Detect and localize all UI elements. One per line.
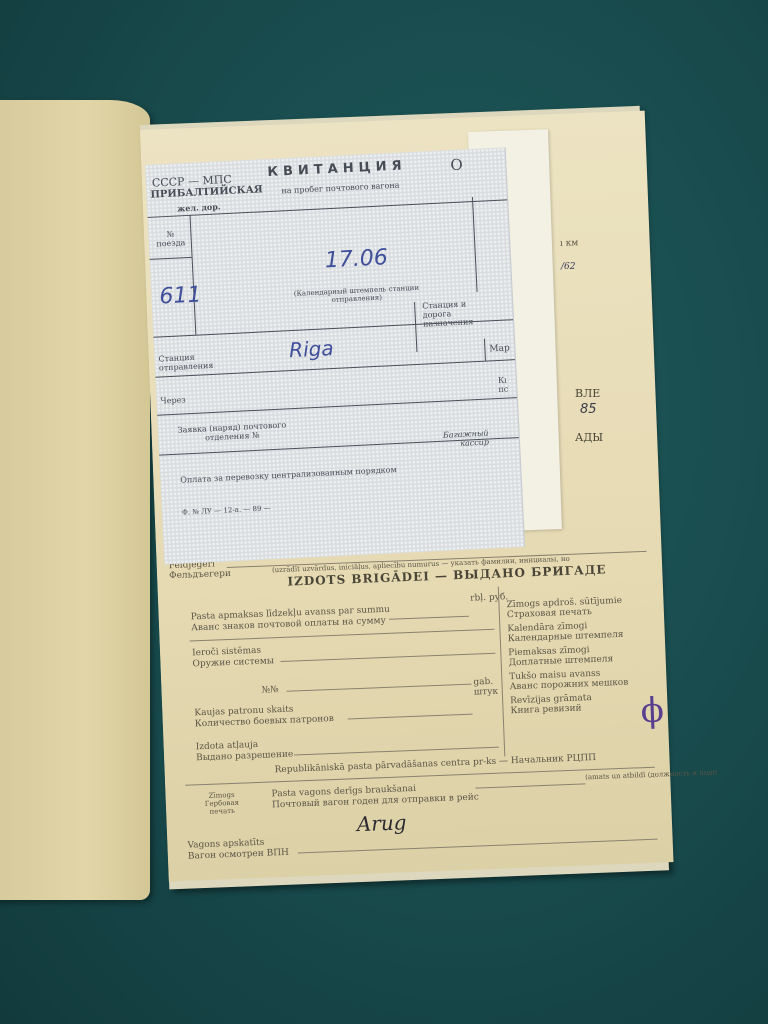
car-fit-line[interactable] <box>475 783 585 788</box>
train-no-label: № поезда <box>152 229 189 249</box>
field-numbers: №№ gab. штук <box>140 111 645 130</box>
corner-mark: О <box>450 155 463 174</box>
field-cartridges: Kaujas patronu skaits Количество боевых … <box>140 111 645 130</box>
via-label: Через <box>160 395 186 405</box>
right-item-ru: Книга ревизий <box>510 703 581 716</box>
rule <box>157 397 517 416</box>
receipt-title: КВИТАНЦИЯ <box>267 158 407 180</box>
courier-label-ru: Фельдъегери <box>169 569 231 581</box>
chief-line: Republikāniskā pasta pārvadāšanas centra… <box>274 753 596 775</box>
inspection-line[interactable] <box>298 839 658 854</box>
check-signature-icon: ϕ <box>640 690 665 731</box>
right-item-ru: Страховая печать <box>507 607 592 620</box>
field-unit: gab. штук <box>473 677 498 698</box>
receipt-subtitle: на пробег почтового вагона <box>281 181 399 196</box>
field-label-ru: Оружие системы <box>192 656 274 669</box>
inspector-signature: Arug <box>356 810 407 836</box>
partial-vle: ВЛЕ <box>575 388 600 400</box>
form-code: Ф. № ЛУ — 12-а. — 89 — <box>182 504 271 516</box>
slip-text: ı км <box>560 238 579 249</box>
field-line[interactable] <box>280 653 495 662</box>
field-line[interactable] <box>294 747 499 756</box>
rule <box>189 215 196 335</box>
origin-label: Станция отправления <box>158 352 209 372</box>
rule <box>472 197 478 292</box>
route-label: Мар <box>489 343 510 354</box>
receipt: СССР — МПС ПРИБАЛТИЙСКАЯ жел. дор. КВИТА… <box>145 147 525 564</box>
rule <box>150 257 192 260</box>
order-label: Заявка (наряд) почтового отделения № <box>172 420 293 444</box>
field-label-lv: №№ <box>261 685 278 696</box>
k-label: Кı пс <box>498 375 515 394</box>
cashier-label: Багажный кассир <box>438 429 489 449</box>
org-line3: жел. дор. <box>177 201 221 213</box>
partial-date: /62 <box>561 262 575 272</box>
payment-note: Оплата за перевозку централизованным пор… <box>180 465 397 485</box>
field-line[interactable] <box>348 714 473 720</box>
partial-85: 85 <box>580 402 597 417</box>
rule <box>484 339 486 361</box>
left-page <box>0 100 150 900</box>
train-no-value: 611 <box>159 282 202 309</box>
field-line[interactable] <box>287 684 472 692</box>
right-items: Zīmogs apdroš. sūtījumie Страховая печат… <box>140 111 645 130</box>
origin-value: Riga <box>289 336 335 362</box>
field-permit: Izdota atļauja Выдано разрешение <box>140 111 645 130</box>
stamp-label: Zīmogs Гербовая печать <box>201 791 242 817</box>
partial-ady: АДЫ <box>575 432 603 444</box>
field-unit: rbļ. руб. <box>470 593 490 604</box>
stamp-date: 17.06 <box>324 245 388 273</box>
field-weapon: Ieroči sistēmas Оружие системы <box>140 111 645 130</box>
rule <box>414 302 417 352</box>
field-advance: Pasta apmaksas līdzekļu avanss par summu… <box>140 111 645 130</box>
signature-note: (amats un atbildī (должность и подп <box>585 768 717 781</box>
stamp-label: (Календарный штемпель станции отправлени… <box>286 283 427 306</box>
dest-label: Станция и дорога назначения <box>422 298 493 328</box>
column-divider <box>498 587 506 757</box>
field-line[interactable] <box>389 616 469 620</box>
